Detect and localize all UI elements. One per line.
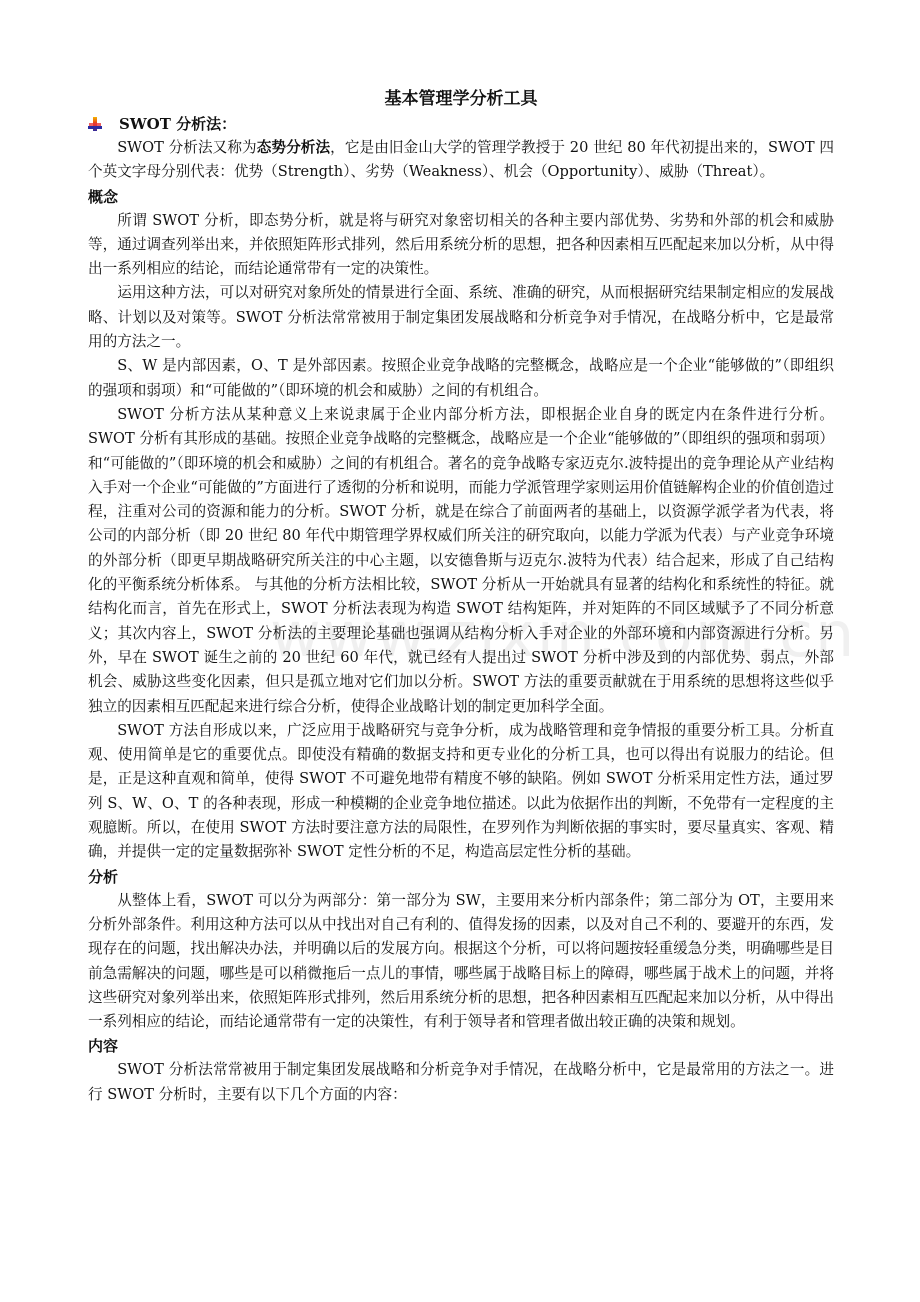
concept-paragraph-3: S、W 是内部因素，O、T 是外部因素。按照企业竞争战略的完整概念，战略应是一个… [88,354,834,403]
intro-bold-term: 态势分析法 [257,139,330,156]
concept-paragraph-5: SWOT 方法自形成以来，广泛应用于战略研究与竞争分析，成为战略管理和竞争情报的… [88,719,834,865]
bullet-icon [88,117,102,131]
intro-text-1: SWOT 分析法又称为 [117,139,257,156]
concept-paragraph-4: SWOT 分析方法从某种意义上来说隶属于企业内部分析方法，即根据企业自身的既定内… [88,403,834,719]
section-heading-content: 内容 [88,1034,834,1058]
section-heading-analysis: 分析 [88,865,834,889]
document-title: 基本管理学分析工具 [88,86,834,112]
concept-paragraph-1: 所谓 SWOT 分析，即态势分析，就是将与研究对象密切相关的各种主要内部优势、劣… [88,209,834,282]
intro-paragraph: SWOT 分析法又称为态势分析法，它是由旧金山大学的管理学教授于 20 世纪 8… [88,136,834,185]
document-page: 基本管理学分析工具 SWOT 分析法： SWOT 分析法又称为态势分析法，它是由… [88,86,834,1107]
analysis-paragraph-1: 从整体上看，SWOT 可以分为两部分：第一部分为 SW，主要用来分析内部条件；第… [88,889,834,1035]
swot-heading-label: SWOT 分析法： [119,112,236,136]
swot-heading: SWOT 分析法： [88,112,834,136]
content-paragraph-1: SWOT 分析法常常被用于制定集团发展战略和分析竞争对手情况，在战略分析中，它是… [88,1058,834,1107]
section-heading-concept: 概念 [88,185,834,209]
concept-paragraph-2: 运用这种方法，可以对研究对象所处的情景进行全面、系统、准确的研究，从而根据研究结… [88,281,834,354]
